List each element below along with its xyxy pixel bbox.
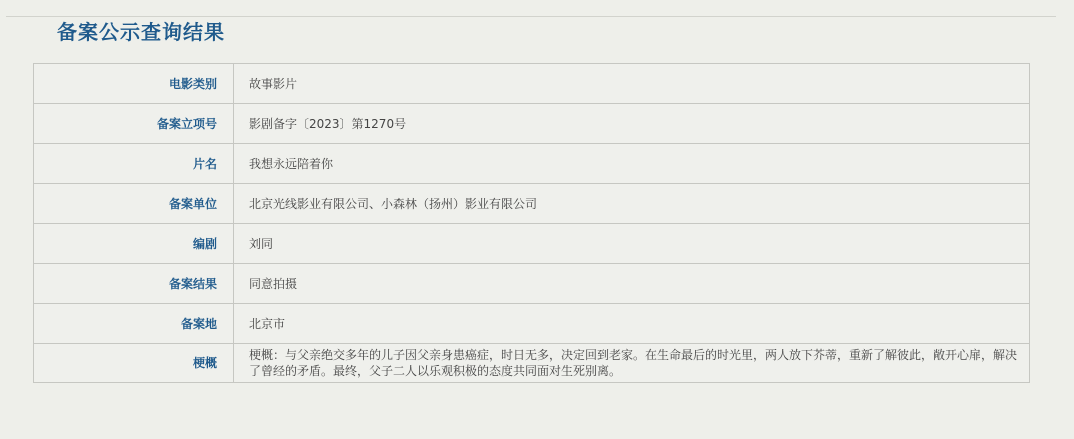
field-value: 故事影片 <box>234 64 1030 104</box>
field-value: 刘同 <box>234 224 1030 264</box>
field-label: 梗概 <box>34 344 234 383</box>
field-label: 电影类别 <box>34 64 234 104</box>
record-table: 电影类别 故事影片 备案立项号 影剧备字〔2023〕第1270号 片名 我想永远… <box>33 63 1030 383</box>
field-label: 备案地 <box>34 304 234 344</box>
field-value: 北京市 <box>234 304 1030 344</box>
field-label: 编剧 <box>34 224 234 264</box>
table-row-film-category: 电影类别 故事影片 <box>34 64 1030 104</box>
field-value: 我想永远陪着你 <box>234 144 1030 184</box>
table-row-location: 备案地 北京市 <box>34 304 1030 344</box>
field-label: 备案单位 <box>34 184 234 224</box>
page-title: 备案公示查询结果 <box>57 19 225 45</box>
field-label: 备案立项号 <box>34 104 234 144</box>
table-row-synopsis: 梗概 梗概：与父亲绝交多年的儿子因父亲身患癌症，时日无多，决定回到老家。在生命最… <box>34 344 1030 383</box>
table-row-screenwriter: 编剧 刘同 <box>34 224 1030 264</box>
field-label: 备案结果 <box>34 264 234 304</box>
table-row-film-title: 片名 我想永远陪着你 <box>34 144 1030 184</box>
table-row-registration-number: 备案立项号 影剧备字〔2023〕第1270号 <box>34 104 1030 144</box>
field-value: 梗概：与父亲绝交多年的儿子因父亲身患癌症，时日无多，决定回到老家。在生命最后的时… <box>234 344 1030 383</box>
table-row-registrant: 备案单位 北京光线影业有限公司、小森林（扬州）影业有限公司 <box>34 184 1030 224</box>
field-value: 同意拍摄 <box>234 264 1030 304</box>
field-value: 北京光线影业有限公司、小森林（扬州）影业有限公司 <box>234 184 1030 224</box>
field-value: 影剧备字〔2023〕第1270号 <box>234 104 1030 144</box>
table-row-result: 备案结果 同意拍摄 <box>34 264 1030 304</box>
field-label: 片名 <box>34 144 234 184</box>
top-divider <box>6 16 1056 17</box>
